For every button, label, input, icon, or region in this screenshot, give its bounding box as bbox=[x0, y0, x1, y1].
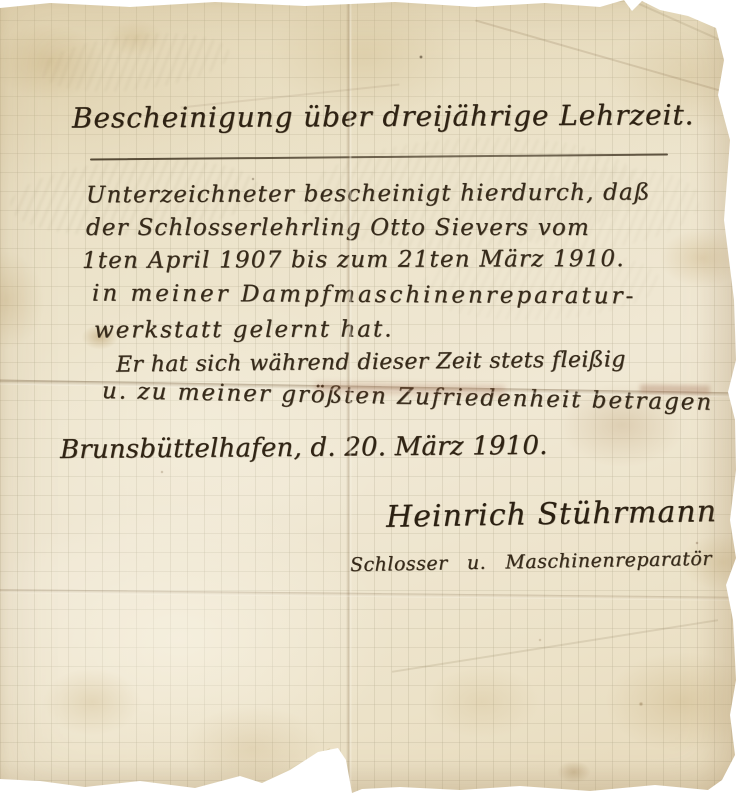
ink-bleed-ghost-marks bbox=[38, 25, 233, 100]
diagonal-crease bbox=[392, 619, 718, 673]
signature-role-line: Schlosser u. Maschinenreparatör bbox=[350, 548, 712, 576]
horizontal-fold-crease-lower bbox=[0, 589, 741, 601]
body-line-3: 1ten April 1907 bis zum 21ten März 1910. bbox=[82, 246, 625, 274]
body-line-5: werkstatt gelernt hat. bbox=[94, 316, 394, 343]
signature-name: Heinrich Stührmann bbox=[386, 494, 718, 535]
signature-role-word: Maschinenreparatör bbox=[505, 548, 712, 574]
body-line-6: Er hat sich während dieser Zeit stets fl… bbox=[116, 347, 626, 377]
paper-sheet: Bescheinigung über dreijährige Lehrzeit.… bbox=[0, 0, 741, 800]
body-line-2: der Schlosserlehrling Otto Sievers vom bbox=[86, 215, 590, 241]
signature-role-word: Schlosser bbox=[350, 552, 448, 576]
place-and-date-line: Brunsbüttelhafen, d. 20. März 1910. bbox=[60, 431, 548, 465]
diagonal-crease bbox=[563, 0, 741, 53]
title-underline bbox=[90, 153, 668, 160]
diagonal-crease bbox=[475, 19, 741, 98]
body-line-1: Unterzeichneter bescheinigt hierdurch, d… bbox=[86, 180, 651, 209]
ink-bleed-ghost-marks bbox=[497, 159, 703, 256]
folded-corner-flap bbox=[260, 744, 340, 792]
certificate-title: Bescheinigung über dreijährige Lehrzeit. bbox=[72, 98, 695, 134]
scan-background: Bescheinigung über dreijährige Lehrzeit.… bbox=[0, 0, 741, 800]
body-line-7: u. zu meiner größten Zufriedenheit betra… bbox=[102, 378, 714, 416]
body-line-4: in meiner Dampfmaschinenreparatur- bbox=[92, 281, 637, 310]
signature-role-word: u. bbox=[467, 552, 487, 574]
